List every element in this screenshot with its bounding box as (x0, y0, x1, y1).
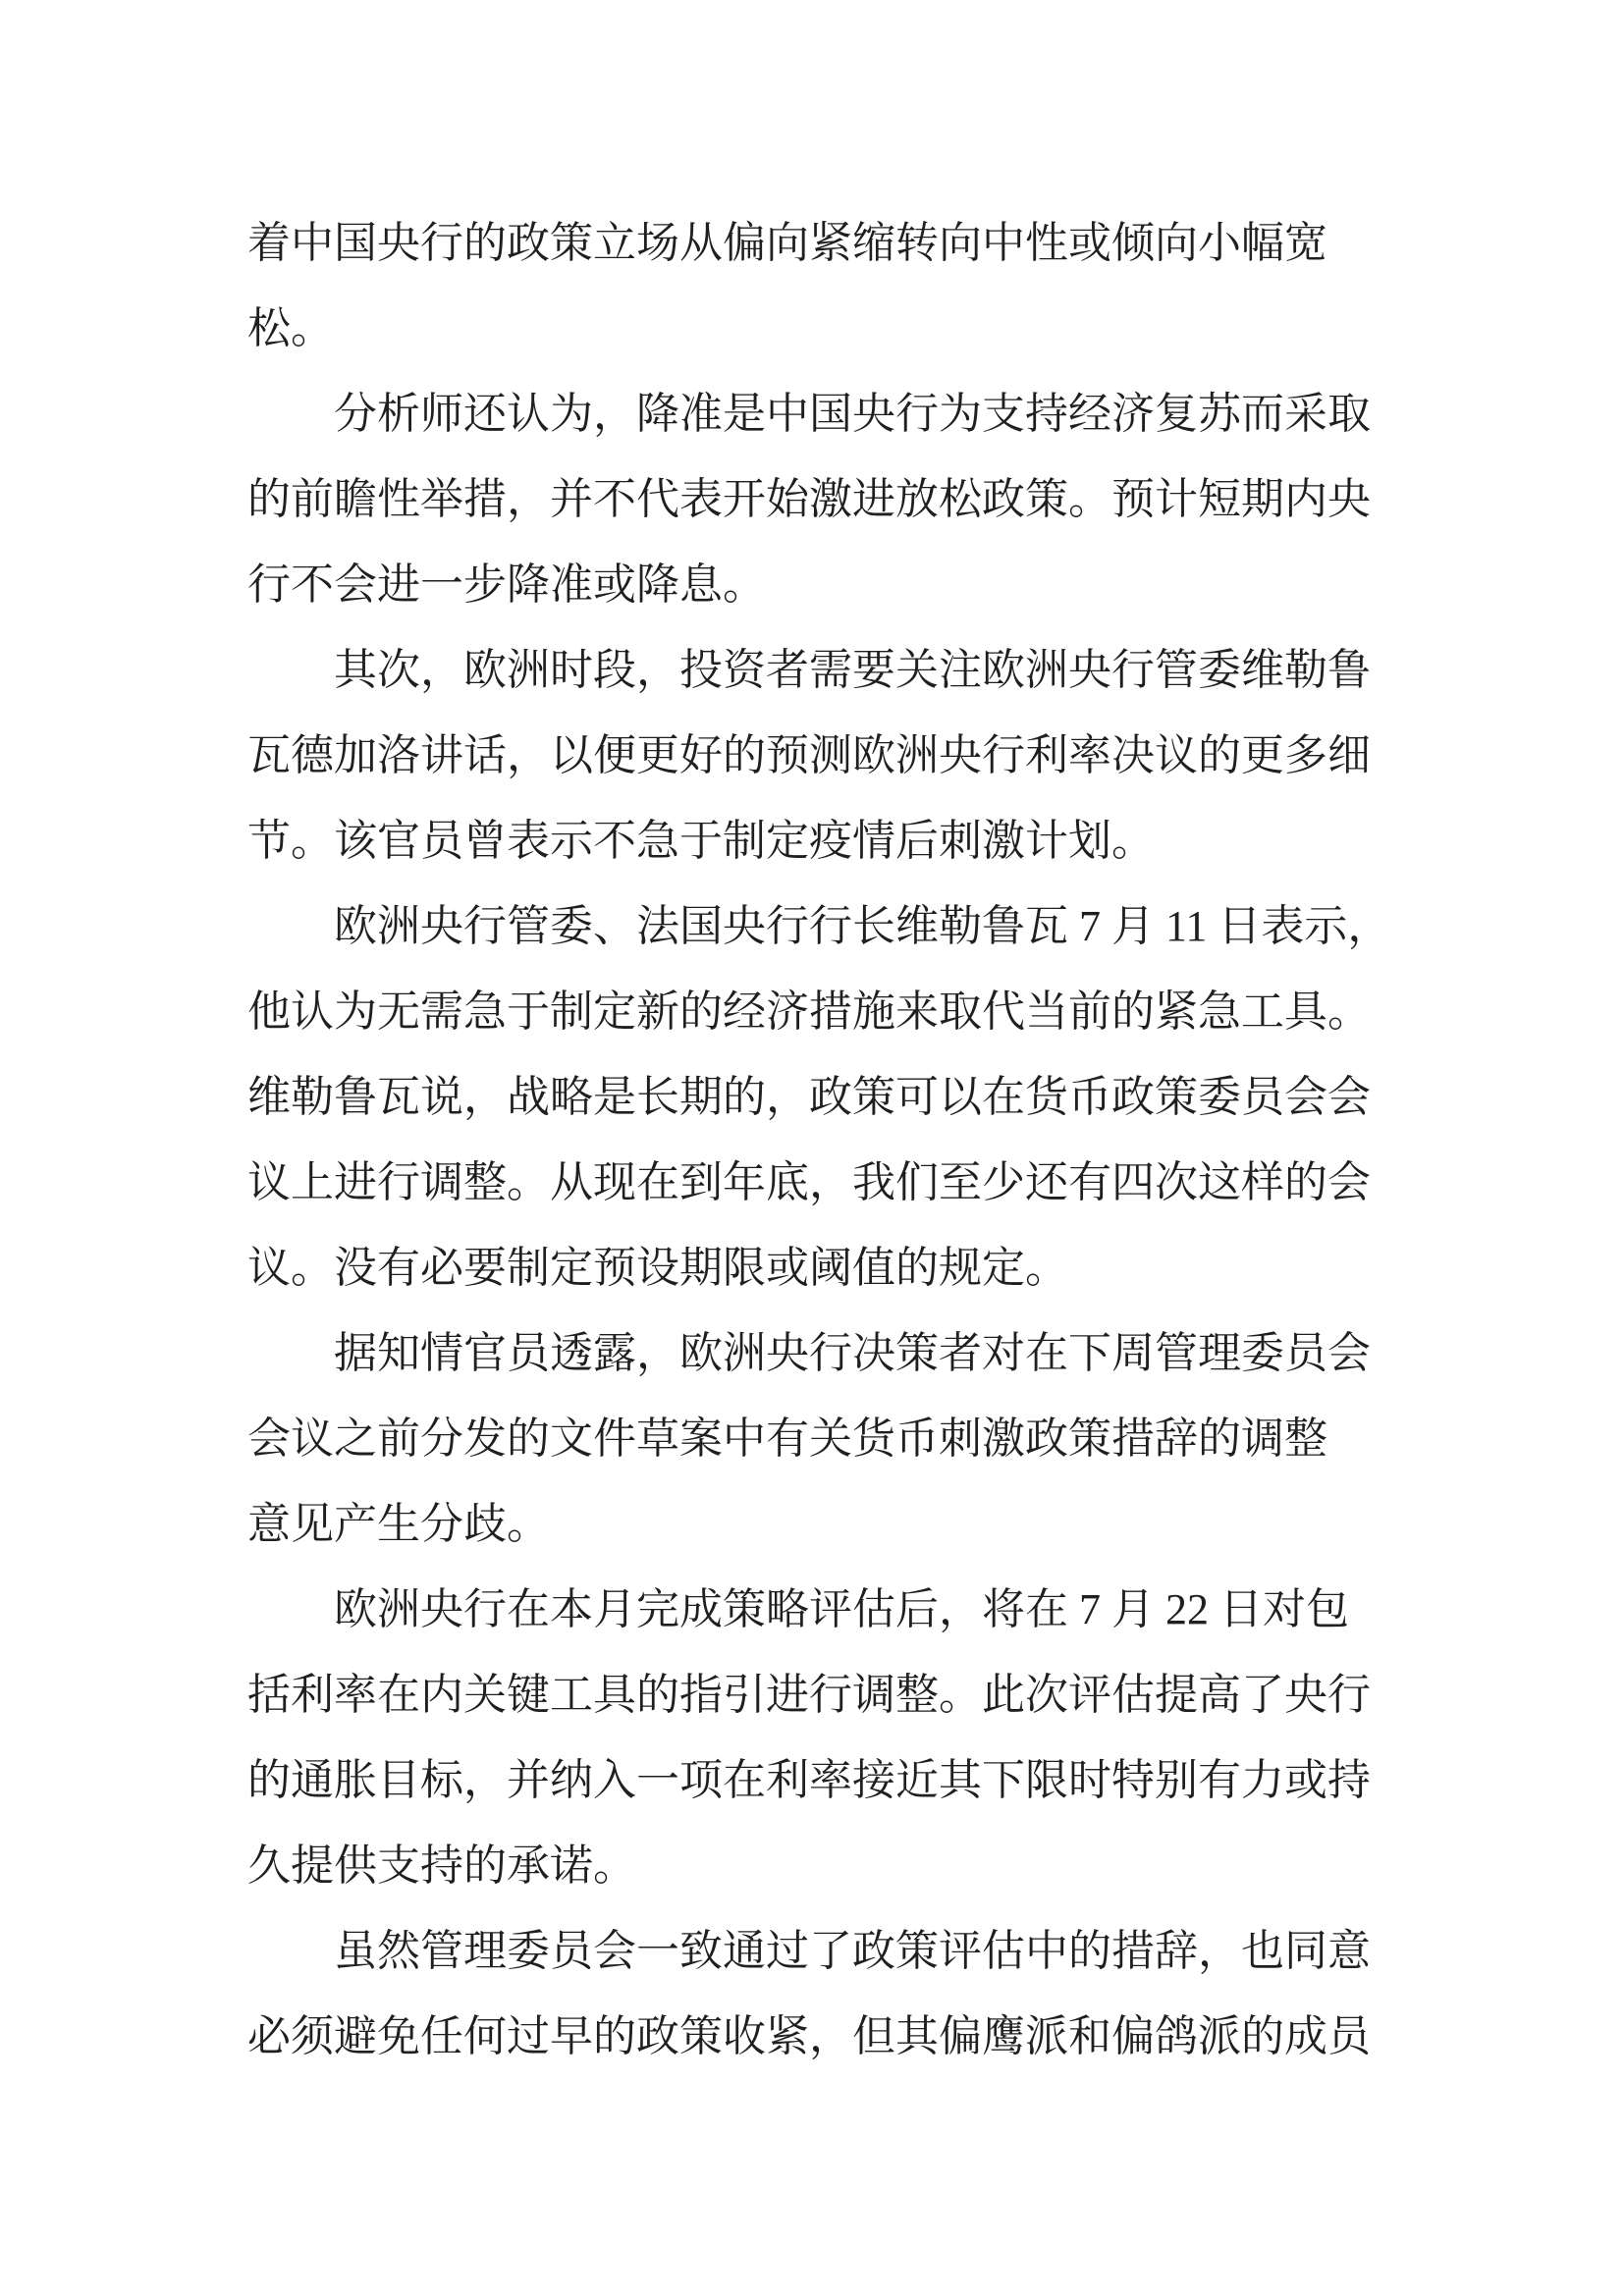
text-line: 意见产生分歧。 (247, 1481, 1386, 1567)
text-line: 欧洲央行在本月完成策略评估后，将在 7 月 22 日对包 (247, 1567, 1386, 1652)
text-line: 的前瞻性举措，并不代表开始激进放松政策。预计短期内央 (247, 456, 1386, 542)
text-line: 议上进行调整。从现在到年底，我们至少还有四次这样的会 (247, 1140, 1386, 1225)
text-line: 虽然管理委员会一致通过了政策评估中的措辞，也同意 (247, 1908, 1386, 1994)
text-line: 松。 (247, 286, 1386, 371)
text-line: 节。该官员曾表示不急于制定疫情后刺激计划。 (247, 798, 1386, 883)
text-line: 括利率在内关键工具的指引进行调整。此次评估提高了央行 (247, 1652, 1386, 1737)
text-line: 必须避免任何过早的政策收紧，但其偏鹰派和偏鸽派的成员 (247, 1994, 1386, 2079)
text-line: 会议之前分发的文件草案中有关货币刺激政策措辞的调整 (247, 1396, 1386, 1481)
text-line: 据知情官员透露，欧洲央行决策者对在下周管理委员会 (247, 1310, 1386, 1396)
document-body: 着中国央行的政策立场从偏向紧缩转向中性或倾向小幅宽松。分析师还认为，降准是中国央… (247, 200, 1386, 2079)
text-line: 久提供支持的承诺。 (247, 1823, 1386, 1908)
text-line: 其次，欧洲时段，投资者需要关注欧洲央行管委维勒鲁 (247, 627, 1386, 713)
text-line: 议。没有必要制定预设期限或阈值的规定。 (247, 1225, 1386, 1310)
text-line: 行不会进一步降准或降息。 (247, 542, 1386, 627)
document-page: 着中国央行的政策立场从偏向紧缩转向中性或倾向小幅宽松。分析师还认为，降准是中国央… (0, 0, 1624, 2296)
text-line: 着中国央行的政策立场从偏向紧缩转向中性或倾向小幅宽 (247, 200, 1386, 286)
text-line: 他认为无需急于制定新的经济措施来取代当前的紧急工具。 (247, 969, 1386, 1054)
text-line: 分析师还认为，降准是中国央行为支持经济复苏而采取 (247, 371, 1386, 456)
text-line: 维勒鲁瓦说，战略是长期的，政策可以在货币政策委员会会 (247, 1054, 1386, 1140)
text-line: 欧洲央行管委、法国央行行长维勒鲁瓦 7 月 11 日表示， (247, 883, 1386, 969)
text-line: 的通胀目标，并纳入一项在利率接近其下限时特别有力或持 (247, 1737, 1386, 1823)
text-line: 瓦德加洛讲话，以便更好的预测欧洲央行利率决议的更多细 (247, 713, 1386, 798)
